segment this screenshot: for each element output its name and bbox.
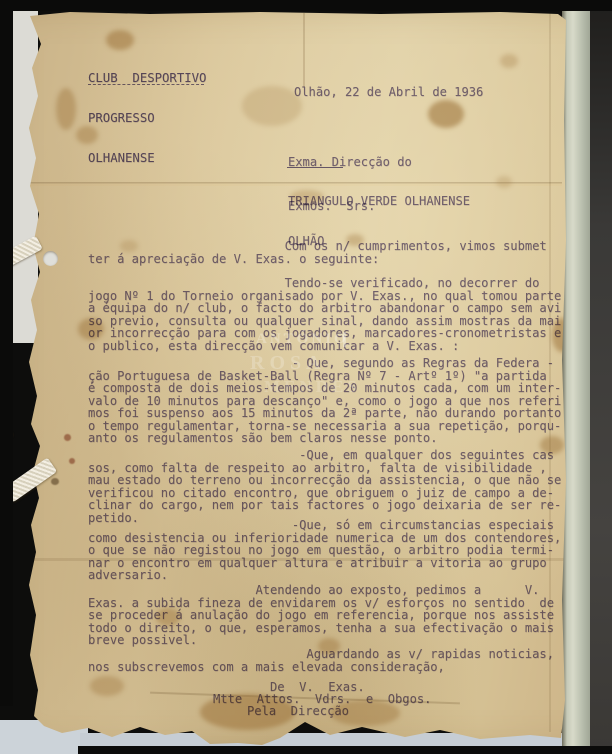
typed-line: clinar do cargo, nem por tais factores o…: [88, 499, 561, 512]
underlying-page-edge: [562, 8, 592, 754]
archive-watermark: ANTÓNIO ROSA MENDES: [256, 331, 361, 397]
typed-line: -Que, só em circumstancias especiais: [88, 519, 561, 532]
typed-line: -Que, em qualquer dos seguintes cas: [88, 449, 561, 462]
typed-line: Com os n/ cumprimentos, vimos submet: [88, 240, 547, 253]
paragraph: Atendendo ao exposto, pedimos a V.Exas. …: [88, 584, 554, 647]
typed-line: Aguardando as v/ rapidas noticias,: [88, 648, 554, 661]
paragraph: Com os n/ cumprimentos, vimos submetter …: [88, 240, 547, 265]
punch-hole: [43, 251, 58, 266]
typed-line: a équipa do n/ club, o facto do arbitro …: [88, 302, 561, 315]
punch-hole: [51, 478, 59, 485]
watermark-line: MENDES: [264, 377, 361, 397]
typed-line: Tendo-se verificado, no decorrer do: [88, 277, 561, 290]
paragraph: -Que, em qualquer dos seguintes cassos, …: [88, 449, 561, 524]
typed-line: nos subscrevemos com a mais elevada cons…: [88, 661, 554, 674]
typed-line: mau estado do terreno ou incorrecção da …: [88, 474, 561, 487]
scan-background: [590, 0, 612, 754]
typed-line: se proceder á anulação do jogo em refere…: [88, 609, 554, 622]
typed-line: ter á apreciação de V. Exas. o seguinte:: [88, 253, 547, 266]
scanned-letter: ANTÓNIO ROSA MENDES CL: [0, 0, 612, 754]
watermark-mark: [343, 332, 346, 347]
scan-border: [0, 0, 13, 706]
typed-line: Atendendo ao exposto, pedimos a V.: [88, 584, 554, 597]
scan-border: [0, 0, 612, 11]
typed-line: o que se não registou no jogo em questão…: [88, 544, 561, 557]
letter-paper: ANTÓNIO ROSA MENDES CL: [0, 0, 612, 754]
watermark-line: ROSA: [250, 352, 361, 375]
paragraph: -Que, só em circumstancias especiaiscomo…: [88, 519, 561, 582]
paragraph: Aguardando as v/ rapidas noticias,nos su…: [88, 648, 554, 673]
typed-line: anto os regulamentos são bem claros ness…: [88, 432, 561, 445]
typed-line: breve possivel.: [88, 634, 554, 647]
closing-line: Pela Direcção: [247, 705, 349, 718]
scan-border: [78, 746, 612, 754]
typed-line: mos foi suspenso aos 15 minutos da 2ª pa…: [88, 407, 561, 420]
typed-line: adversario.: [88, 569, 561, 582]
